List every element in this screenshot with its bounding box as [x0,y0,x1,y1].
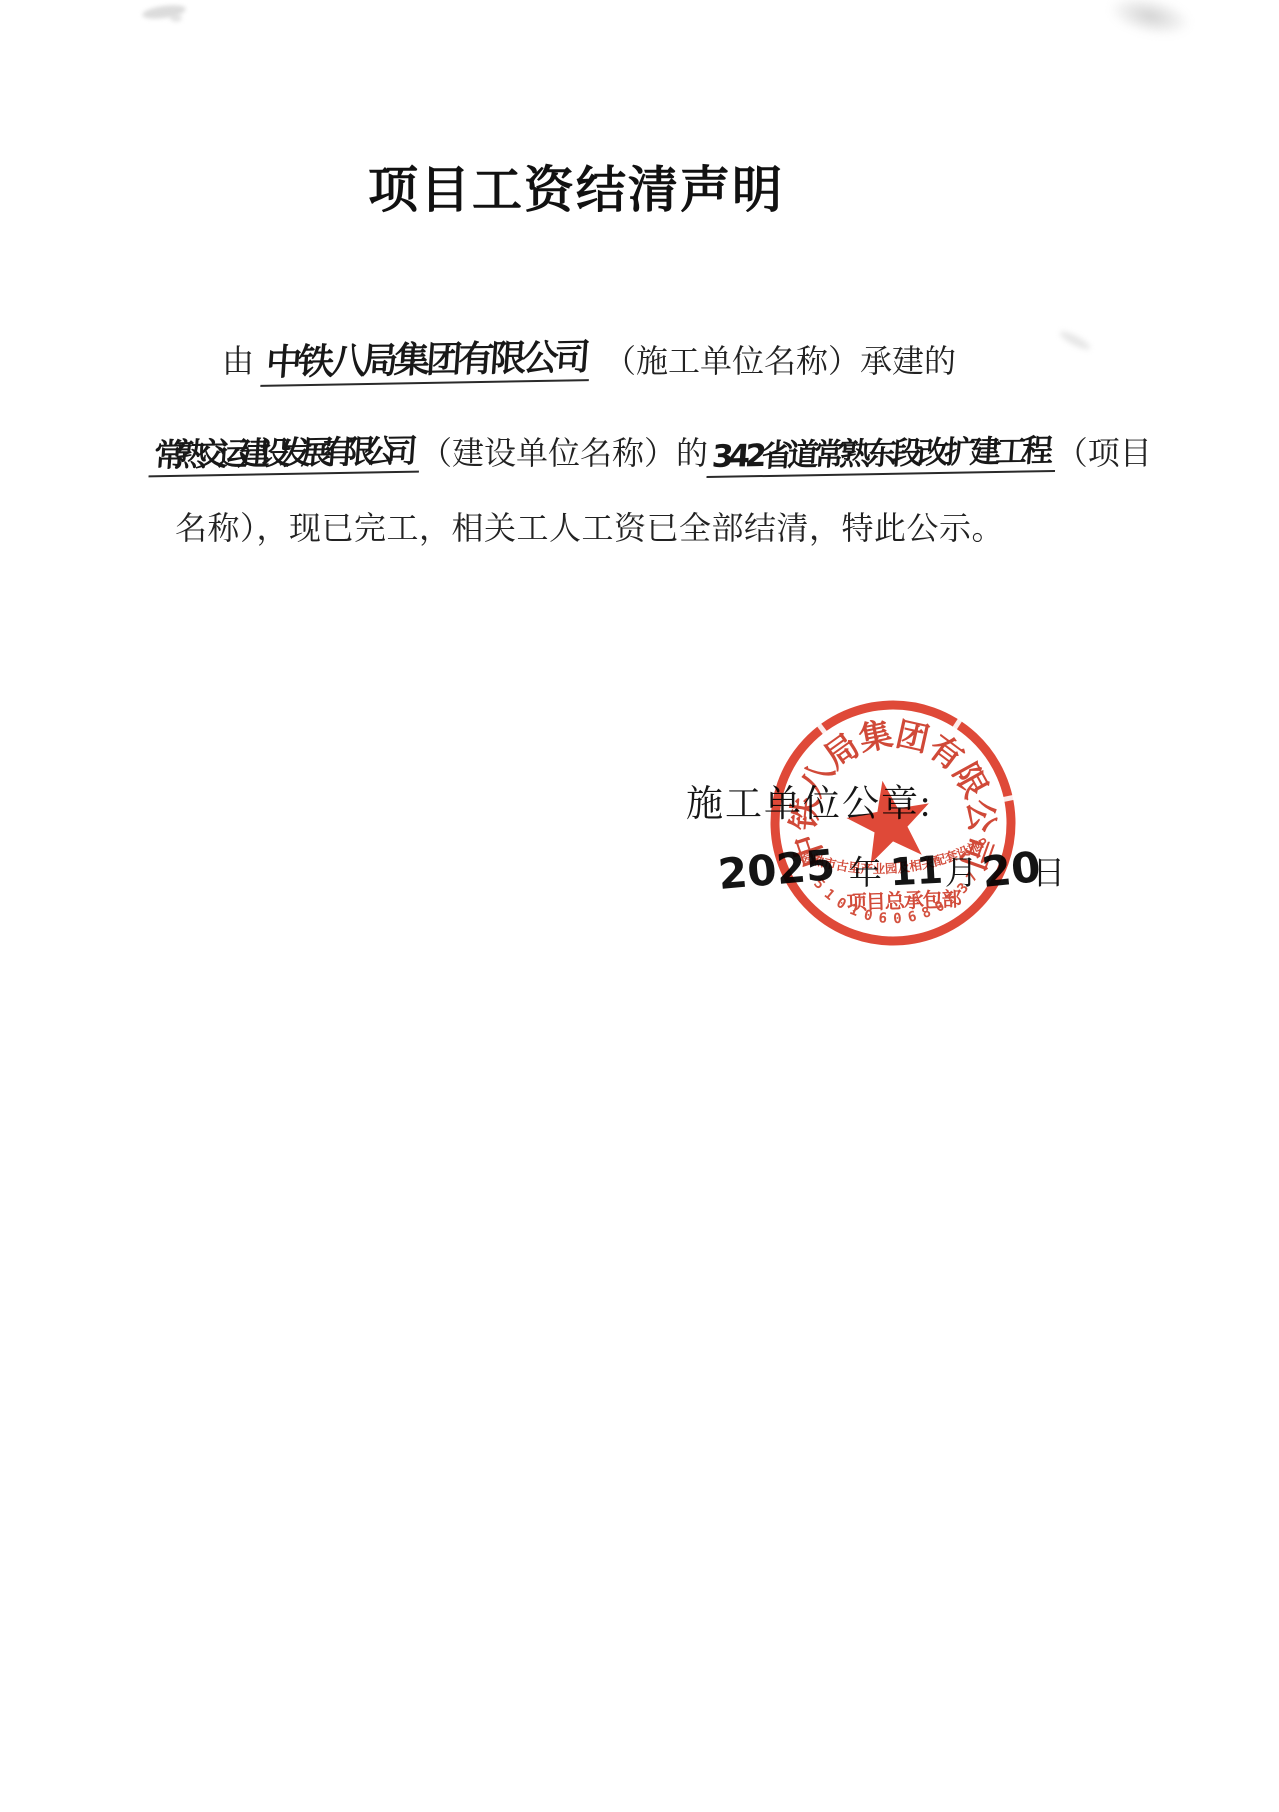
body-line-2: 常熟交运建设发展有限公司（建设单位名称）的342省道常熟东段改扩建工程（项目 [150,428,1152,475]
body-line-1: 由中铁八局集团有限公司（施工单位名称）承建的 [222,336,956,384]
line2-middle: （建设单位名称）的 [420,435,708,471]
body-line-3: 名称），现已完工，相关工人工资已全部结清，特此公示。 [175,503,1004,549]
scan-smudge [141,3,186,21]
line1-suffix: （施工单位名称）承建的 [604,343,956,379]
scan-smudge [1058,329,1092,353]
project-name-handwritten: 342省道常熟东段改扩建工程 [707,435,1058,478]
company-seal: 中铁八局集团有限公司 常熟市古里产业园及相关配套设施PPP 项目总承包部 510… [762,692,1025,955]
scan-smudge [1086,0,1214,54]
page-title: 项目工资结清声明 [368,150,784,222]
company-seal-graphic: 中铁八局集团有限公司 常熟市古里产业园及相关配套设施PPP 项目总承包部 510… [762,692,1025,955]
seal-star-icon [845,779,931,864]
line1-prefix: 由 [222,343,254,379]
line2-suffix: （项目 [1056,435,1152,471]
document-page: 项目工资结清声明 由中铁八局集团有限公司（施工单位名称）承建的 常熟交运建设发展… [0,0,1279,1812]
construction-unit-handwritten: 中铁八局集团有限公司 [260,339,591,387]
client-unit-handwritten: 常熟交运建设发展有限公司 [148,435,421,477]
scan-smudge [170,14,182,22]
